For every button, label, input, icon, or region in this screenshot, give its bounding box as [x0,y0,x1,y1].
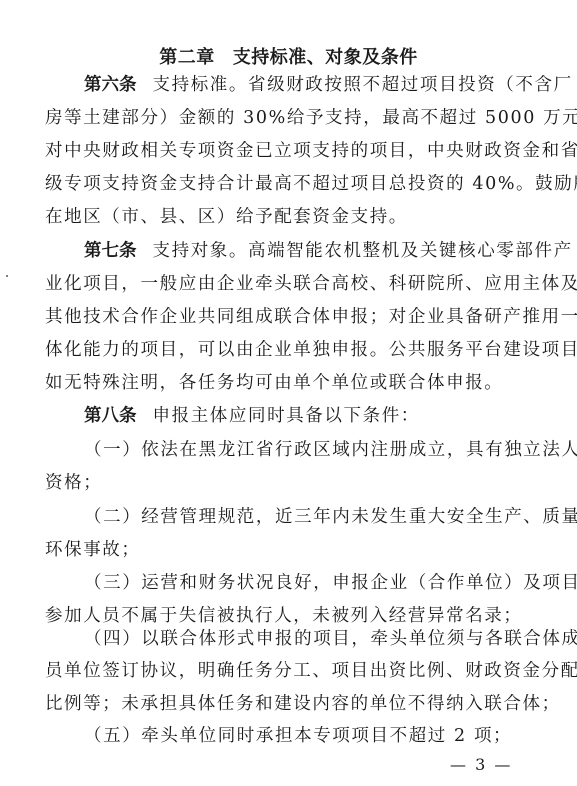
article-6-line: 第六条支持标准。省级财政按照不超过项目投资（不含厂 [84,74,515,96]
article-7-line: 业化项目，一般应由企业牵头联合高校、科研院所、应用主体及 [45,273,515,295]
condition-1-line: 资格； [45,472,515,494]
article-6-line: 级专项支持资金支持合计最高不超过项目总投资的 40%。鼓励所 [45,173,515,195]
article-7-line: 如无特殊注明，各任务均可由单个单位或联合体申报。 [45,372,515,394]
condition-3-line: （三）运营和财务状况良好，申报企业（合作单位）及项目 [84,572,515,594]
article-6-label: 第六条 [84,75,137,95]
chapter-number: 第二章 [159,47,215,68]
condition-4-line: 员单位签订协议，明确任务分工、项目出资比例、财政资金分配 [45,660,515,682]
condition-5-line: （五）牵头单位同时承担本专项项目不超过 2 项； [84,725,515,747]
page-number: — 3 — [450,755,512,774]
article-7-line: 体化能力的项目，可以由企业单独申报。公共服务平台建设项目， [45,339,515,361]
condition-3-line: 参加人员不属于失信被执行人，未被列入经营异常名录； [45,605,515,627]
article-6-line: 在地区（市、县、区）给予配套资金支持。 [45,206,515,228]
condition-1-line: （一）依法在黑龙江省行政区域内注册成立，具有独立法人 [84,439,515,461]
condition-4-line: （四）以联合体形式申报的项目，牵头单位须与各联合体成 [84,628,515,650]
condition-2-line: （二）经营管理规范，近三年内未发生重大安全生产、质量、 [84,506,515,528]
article-7-label: 第七条 [84,241,137,261]
article-8-label: 第八条 [84,406,137,426]
document-page: 第二章支持标准、对象及条件 第六条支持标准。省级财政按照不超过项目投资（不含厂 … [0,0,577,786]
chapter-heading: 第二章支持标准、对象及条件 [0,43,577,69]
article-8-line: 第八条申报主体应同时具备以下条件： [84,405,515,427]
scan-artifact-dot [6,275,8,277]
article-7-line: 其他技术合作企业共同组成联合体申报；对企业具备研产推用一 [45,306,515,328]
condition-4-line: 比例等；未承担具体任务和建设内容的单位不得纳入联合体； [45,693,515,715]
article-6-line: 房等土建部分）金额的 30%给予支持，最高不超过 5000 万元。 [45,107,515,129]
article-6-line: 对中央财政相关专项资金已立项支持的项目，中央财政资金和省 [45,140,515,162]
condition-2-line: 环保事故； [45,539,515,561]
article-7-line: 第七条支持对象。高端智能农机整机及关键核心零部件产 [84,240,515,262]
chapter-title: 支持标准、对象及条件 [233,47,418,68]
